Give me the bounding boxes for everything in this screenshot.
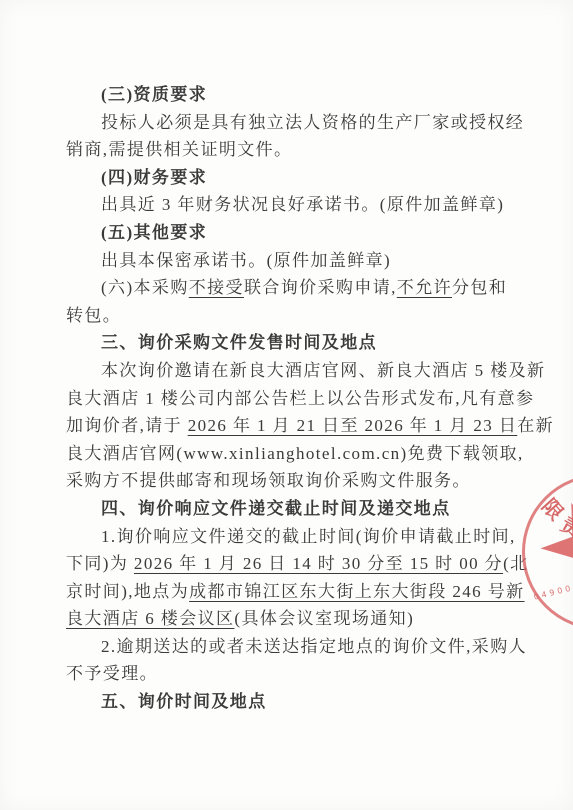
heading-section4-submission-deadline: 四、询价响应文件递交截止时间及递交地点 <box>66 495 516 523</box>
para-deadline-line3: 京时间),地点为成都市锦江区东大街上东大街段 246 号新 <box>66 578 516 606</box>
para-release-line5: 采购方不提供邮寄和现场领取询价采购文件服务。 <box>66 467 516 495</box>
para-qualification-line2: 销商,需提供相关证明文件。 <box>66 136 516 164</box>
seal-serial-number: 0490097 <box>533 579 573 601</box>
seal-star-icon: ★ <box>518 474 573 619</box>
subheading-other-requirements: (五)其他要求 <box>66 219 516 247</box>
para-late-delivery-line1: 2.逾期送达的或者未送达指定地点的询价文件,采购人 <box>66 633 516 661</box>
text-segment: 京时间),地点为 <box>66 582 189 601</box>
red-seal-stamp: ★ 限 责 0490097 <box>520 468 573 633</box>
para-deadline-line4: 良大酒店 6 楼会议区(具体会议室现场通知) <box>66 605 516 633</box>
subheading-qualification-requirements: (三)资质要求 <box>66 81 516 109</box>
heading-section5-inquiry-time-place: 五、询价时间及地点 <box>66 688 516 716</box>
underlined-venue: 良大酒店 6 楼会议区 <box>66 609 234 628</box>
seal-ring-icon <box>522 474 573 630</box>
para-financial-line: 出具近 3 年财务状况良好承诺书。(原件加盖鲜章) <box>66 191 516 219</box>
scanned-document-page: (三)资质要求 投标人必须是具有独立法人资格的生产厂家或授权经 销商,需提供相关… <box>0 0 573 810</box>
para-qualification-line1: 投标人必须是具有独立法人资格的生产厂家或授权经 <box>66 109 516 137</box>
para-no-consortium-line1: (六)本采购不接受联合询价采购申请,不允许分包和 <box>66 274 516 302</box>
heading-section3-document-release: 三、询价采购文件发售时间及地点 <box>66 329 516 357</box>
para-release-line2: 良大酒店 1 楼公司内部公告栏上以公告形式发布,凡有意参 <box>66 385 516 413</box>
para-release-line3: 加询价者,请于 2026 年 1 月 21 日至 2026 年 1 月 23 日… <box>66 412 516 440</box>
underlined-text-not-allowed: 不允许 <box>397 278 452 297</box>
para-no-consortium-line2: 转包。 <box>66 302 516 330</box>
para-deadline-line2: 下同)为 2026 年 1 月 26 日 14 时 30 分至 15 时 00 … <box>66 550 516 578</box>
document-body: (三)资质要求 投标人必须是具有独立法人资格的生产厂家或授权经 销商,需提供相关… <box>66 81 516 716</box>
seal-character-top: 限 <box>538 496 566 524</box>
underlined-deadline-datetime: 2026 年 1 月 26 日 14 时 30 分至 15 时 00 分 <box>134 554 503 573</box>
text-segment: 联合询价采购申请, <box>244 278 397 297</box>
text-segment: 分包和 <box>452 278 507 297</box>
underlined-text-no-accept: 不接受 <box>189 278 244 297</box>
text-segment: (具体会议室现场通知) <box>234 609 414 628</box>
text-segment: (六)本采购 <box>101 278 189 297</box>
underlined-release-dates: 2026 年 1 月 21 日至 2026 年 1 月 23 日 <box>188 416 518 435</box>
text-segment: 下同)为 <box>66 554 134 573</box>
para-late-delivery-line2: 不予受理。 <box>66 660 516 688</box>
para-deadline-line1: 1.询价响应文件递交的截止时间(询价申请截止时间, <box>66 523 516 551</box>
para-release-line1: 本次询价邀请在新良大酒店官网、新良大酒店 5 楼及新 <box>66 357 516 385</box>
text-segment: (北 <box>503 554 528 573</box>
underlined-address: 成都市锦江区东大街上东大街段 246 号新 <box>189 582 524 601</box>
subheading-financial-requirements: (四)财务要求 <box>66 164 516 192</box>
text-segment: 在新 <box>517 416 554 435</box>
seal-character-side: 责 <box>557 514 573 541</box>
text-segment: 加询价者,请于 <box>66 416 188 435</box>
para-release-line4-website: 良大酒店官网(www.xinlianghotel.com.cn)免费下载领取, <box>66 440 516 468</box>
para-confidentiality-line: 出具本保密承诺书。(原件加盖鲜章) <box>66 247 516 275</box>
